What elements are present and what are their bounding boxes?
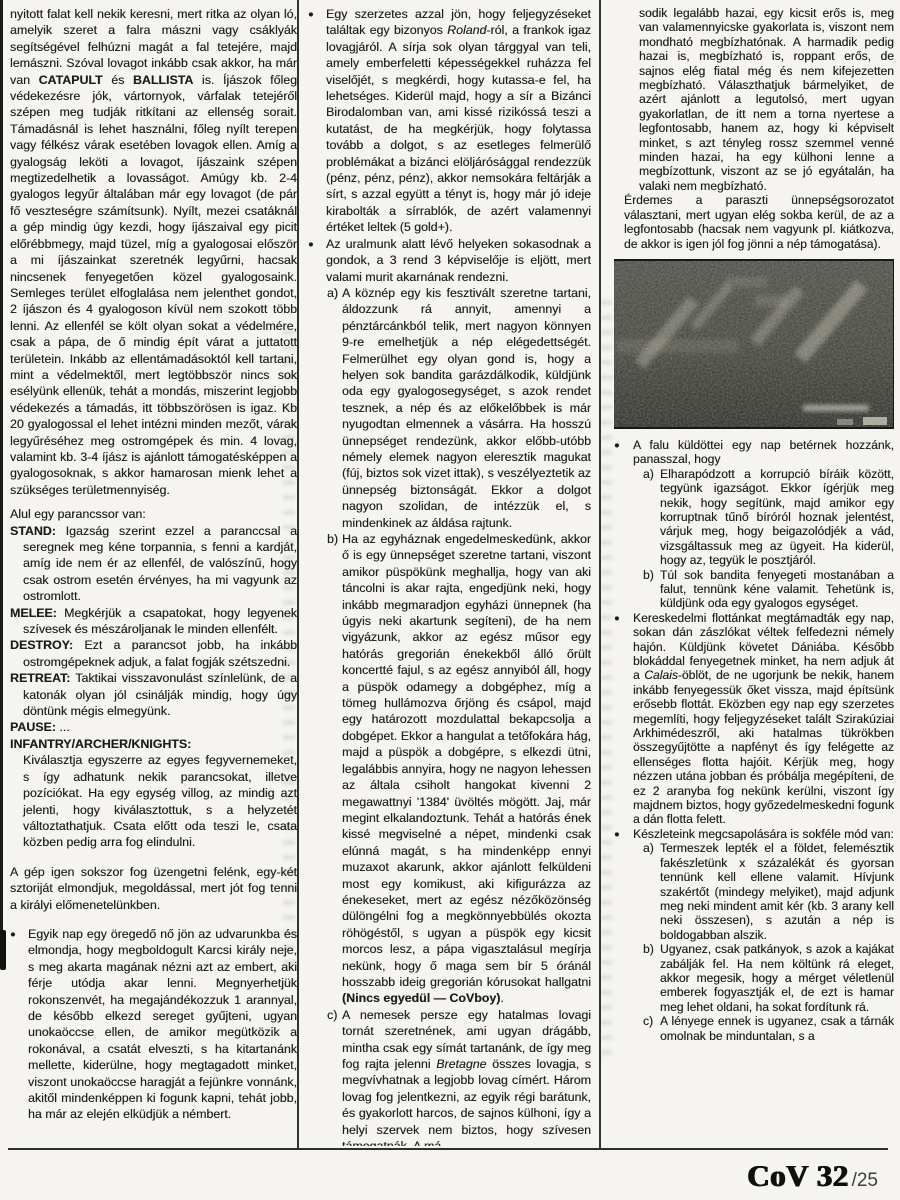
item-label: b) [643, 568, 654, 582]
col2-bullet-three-estates: ● Az uralmunk alatt lévő helyeken sokaso… [308, 236, 591, 285]
col3-item-b-bandits: b) Túl sok bandita fenyegeti mostanában … [614, 568, 894, 611]
command-pause: PAUSE: ... [10, 719, 297, 735]
italic-calais: Calais [644, 668, 678, 682]
command-unit-select-text: Kiválasztja egyszerre az egyes fegyverne… [10, 752, 297, 850]
game-screenshot-image [614, 261, 893, 427]
print-bleedthrough-right [601, 300, 612, 1060]
col1-command-bar-intro: Alul egy parancssor van: [10, 506, 297, 522]
col3-bullet-trade-fleet: ● Kereskedelmi flottánkat megtámadták eg… [614, 611, 894, 827]
col3-paragraph-advice: Érdemes a paraszti ünnepségsorozatot vál… [614, 193, 894, 251]
command-retreat-label: RETREAT: [10, 671, 70, 685]
bullet-icon: ● [614, 828, 620, 842]
column-2: ● Egy szerzetes azzal jön, hogy feljegyz… [308, 6, 591, 1146]
col1-bullet-old-lady: ● Egyik nap egy öregedő nő jön az udvaru… [10, 926, 297, 1123]
command-stand-label: STAND: [10, 524, 56, 538]
command-unit-select: INFANTRY/ARCHER/KNIGHTS: Kiválasztja egy… [10, 736, 297, 851]
command-destroy-label: DESTROY: [10, 638, 73, 652]
col2-bullet-monk-roland: ● Egy szerzetes azzal jön, hogy feljegyz… [308, 6, 591, 236]
col3-item-a-corruption: a) Elharapódzott a korrupció bíráik közö… [614, 467, 894, 568]
col3-item-a-termites: a) Termeszek lepték el a földet, felemés… [614, 841, 894, 942]
footer-rule [8, 1148, 888, 1150]
magazine-logo: CoV 32 [747, 1158, 848, 1193]
bullet-icon: ● [614, 612, 620, 626]
command-stand: STAND: Igazság szerint ezzel a paranccsa… [10, 523, 297, 605]
item-label: b) [327, 531, 338, 547]
col2-item-a-festival: a) A köznép egy kis fesztivált szeretne … [308, 285, 591, 531]
col2-item-b-church: b) Ha az egyháznak engedelmeskedünk, akk… [308, 531, 591, 1007]
column-3: sodik legalább hazai, egy kicsit erős is… [614, 6, 894, 1146]
col3-item-c-mines: c) A lényege ennek is ugyanez, csak a tá… [614, 1014, 894, 1043]
command-pause-label: PAUSE: [10, 720, 56, 734]
item-label: a) [643, 467, 654, 481]
col3-bullet-supplies: ● Készleteink megcsapolására is sokféle … [614, 827, 894, 841]
italic-roland: Roland [447, 23, 486, 37]
command-destroy: DESTROY: Ezt a parancsot jobb, ha inkább… [10, 637, 297, 670]
command-melee-label: MELEE: [10, 606, 57, 620]
item-label: a) [327, 285, 338, 301]
magazine-page: nyitott falat kell nekik keresni, mert r… [0, 0, 900, 1200]
italic-bretagne: Bretagne [436, 1057, 486, 1071]
col1-paragraph-messages: A gép igen sokszor fog üzengetni felénk,… [10, 864, 297, 913]
bullet-icon: ● [614, 439, 620, 453]
col1-p1-bold-catapult: CATAPULT [39, 73, 103, 87]
col3-item-b-rats: b) Ugyanez, csak patkányok, s azok a kaj… [614, 942, 894, 1014]
column-1: nyitott falat kell nekik keresni, mert r… [10, 6, 297, 1146]
bullet-icon: ● [308, 237, 314, 253]
col2-item-c-tournament: c) A nemesek persze egy hatalmas lovagi … [308, 1007, 591, 1146]
item-label: c) [327, 1007, 337, 1023]
game-screenshot [614, 259, 894, 429]
command-retreat: RETREAT: Taktikai visszavonulást színlel… [10, 670, 297, 719]
col3-paragraph-continuation: sodik legalább hazai, egy kicsit erős is… [614, 6, 894, 193]
col1-paragraph-continuation: nyitott falat kell nekik keresni, mert r… [10, 6, 297, 498]
scan-edge-blob [0, 930, 6, 970]
col1-p1-bold-ballista: BALLISTA [133, 73, 193, 87]
column-divider-1 [297, 0, 299, 1148]
page-number: /25 [852, 1170, 878, 1191]
item-label: c) [643, 1014, 653, 1028]
item-label: b) [643, 942, 654, 956]
screenshot-grain [614, 261, 893, 427]
col3-bullet-village-delegates: ● A falu küldöttei egy nap betérnek hozz… [614, 438, 894, 467]
bold-covboy-note: (Nincs egyedül — CoVboy) [342, 991, 500, 1005]
command-melee: MELEE: Megkérjük a csapatokat, hogy legy… [10, 605, 297, 638]
bullet-icon: ● [308, 7, 314, 23]
scan-left-edge-artifact [0, 0, 3, 968]
item-label: a) [643, 841, 654, 855]
page-footer: CoV 32/25 [747, 1158, 878, 1194]
bullet-icon: ● [10, 927, 16, 943]
command-unit-select-label: INFANTRY/ARCHER/KNIGHTS: [10, 736, 297, 752]
